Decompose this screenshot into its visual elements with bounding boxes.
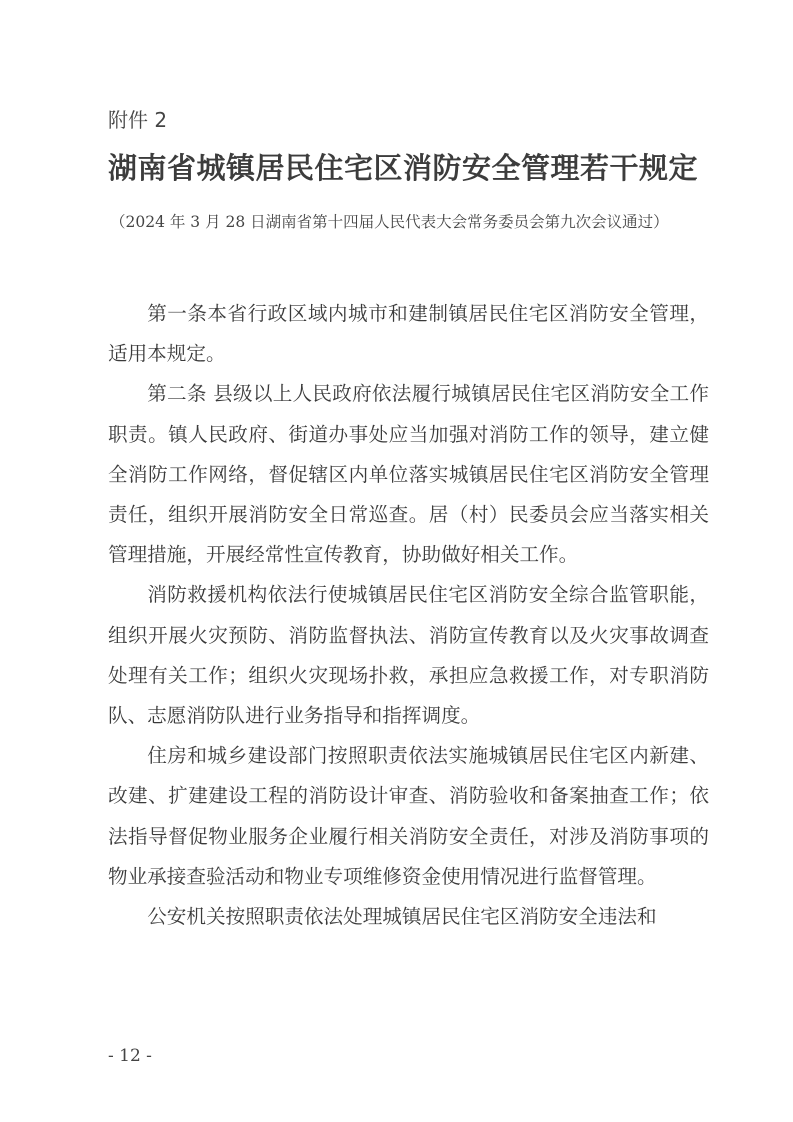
document-title: 湖南省城镇居民住宅区消防安全管理若干规定 <box>108 146 708 187</box>
document-body: 第一条本省行政区域内城市和建制镇居民住宅区消防安全管理，适用本规定。 第二条 县… <box>108 294 709 937</box>
attachment-label: 附件 2 <box>108 104 167 133</box>
paragraph-housing-dept: 住房和城乡建设部门按照职责依法实施城镇居民住宅区内新建、改建、扩建建设工程的消防… <box>108 736 709 897</box>
page-number: - 12 - <box>108 1046 152 1066</box>
paragraph-article-1: 第一条本省行政区域内城市和建制镇居民住宅区消防安全管理，适用本规定。 <box>108 294 709 374</box>
paragraph-public-security: 公安机关按照职责依法处理城镇居民住宅区消防安全违法和 <box>108 897 709 937</box>
paragraph-article-2: 第二条 县级以上人民政府依法履行城镇居民住宅区消防安全工作职责。镇人民政府、街道… <box>108 374 709 575</box>
paragraph-fire-rescue: 消防救援机构依法行使城镇居民住宅区消防安全综合监管职能，组织开展火灾预防、消防监… <box>108 575 709 736</box>
document-subtitle: （2024 年 3 月 28 日湖南省第十四届人民代表大会常务委员会第九次会议通… <box>110 210 710 232</box>
